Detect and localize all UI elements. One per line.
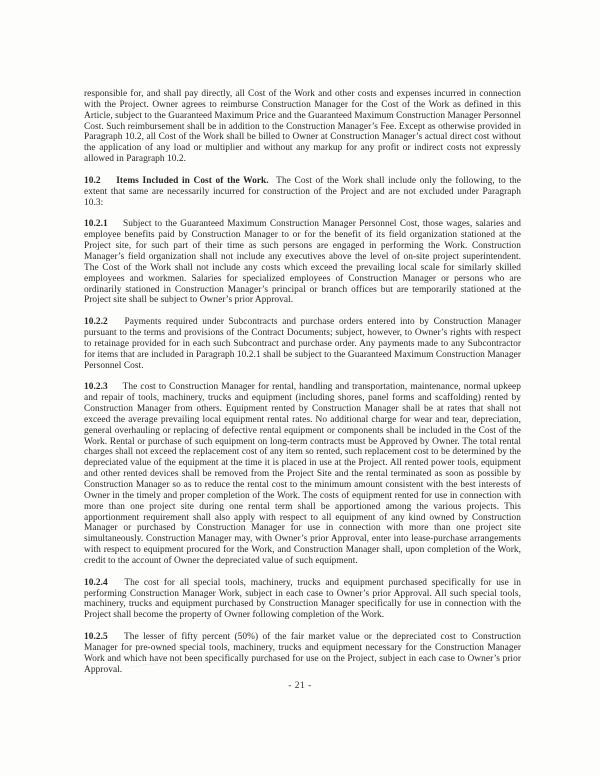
scanned-contract-page: responsible for, and shall pay directly,…: [0, 0, 600, 776]
paragraph-text: The cost for all special tools, machiner…: [84, 578, 521, 621]
paragraph-number: 10.2: [84, 176, 101, 186]
paragraph-text: Subject to the Guaranteed Maximum Constr…: [84, 219, 521, 305]
paragraph-number: 10.2.1: [84, 219, 108, 229]
paragraph-10-2: 10.2 Items Included in Cost of the Work.…: [84, 176, 521, 209]
paragraph-10-2-4: 10.2.4 The cost for all special tools, m…: [84, 578, 521, 621]
paragraph-text: The cost to Construction Manager for ren…: [84, 382, 521, 566]
contract-text-block: responsible for, and shall pay directly,…: [84, 89, 521, 687]
paragraph-continuation: responsible for, and shall pay directly,…: [84, 89, 521, 165]
paragraph-10-2-3: 10.2.3 The cost to Construction Manager …: [84, 382, 521, 566]
paragraph-text: responsible for, and shall pay directly,…: [84, 89, 521, 164]
paragraph-10-2-1: 10.2.1 Subject to the Guaranteed Maximum…: [84, 219, 521, 306]
paragraph-number: 10.2.2: [84, 317, 108, 327]
paragraph-number: 10.2.4: [84, 578, 108, 588]
paragraph-number: 10.2.5: [84, 632, 108, 642]
paragraph-number: 10.2.3: [84, 382, 108, 392]
paragraph-heading: Items Included in Cost of the Work.: [116, 176, 268, 186]
paragraph-text: Payments required under Subcontracts and…: [84, 317, 521, 370]
paragraph-10-2-2: 10.2.2 Payments required under Subcontra…: [84, 317, 521, 371]
page-number: - 21 -: [0, 681, 600, 691]
